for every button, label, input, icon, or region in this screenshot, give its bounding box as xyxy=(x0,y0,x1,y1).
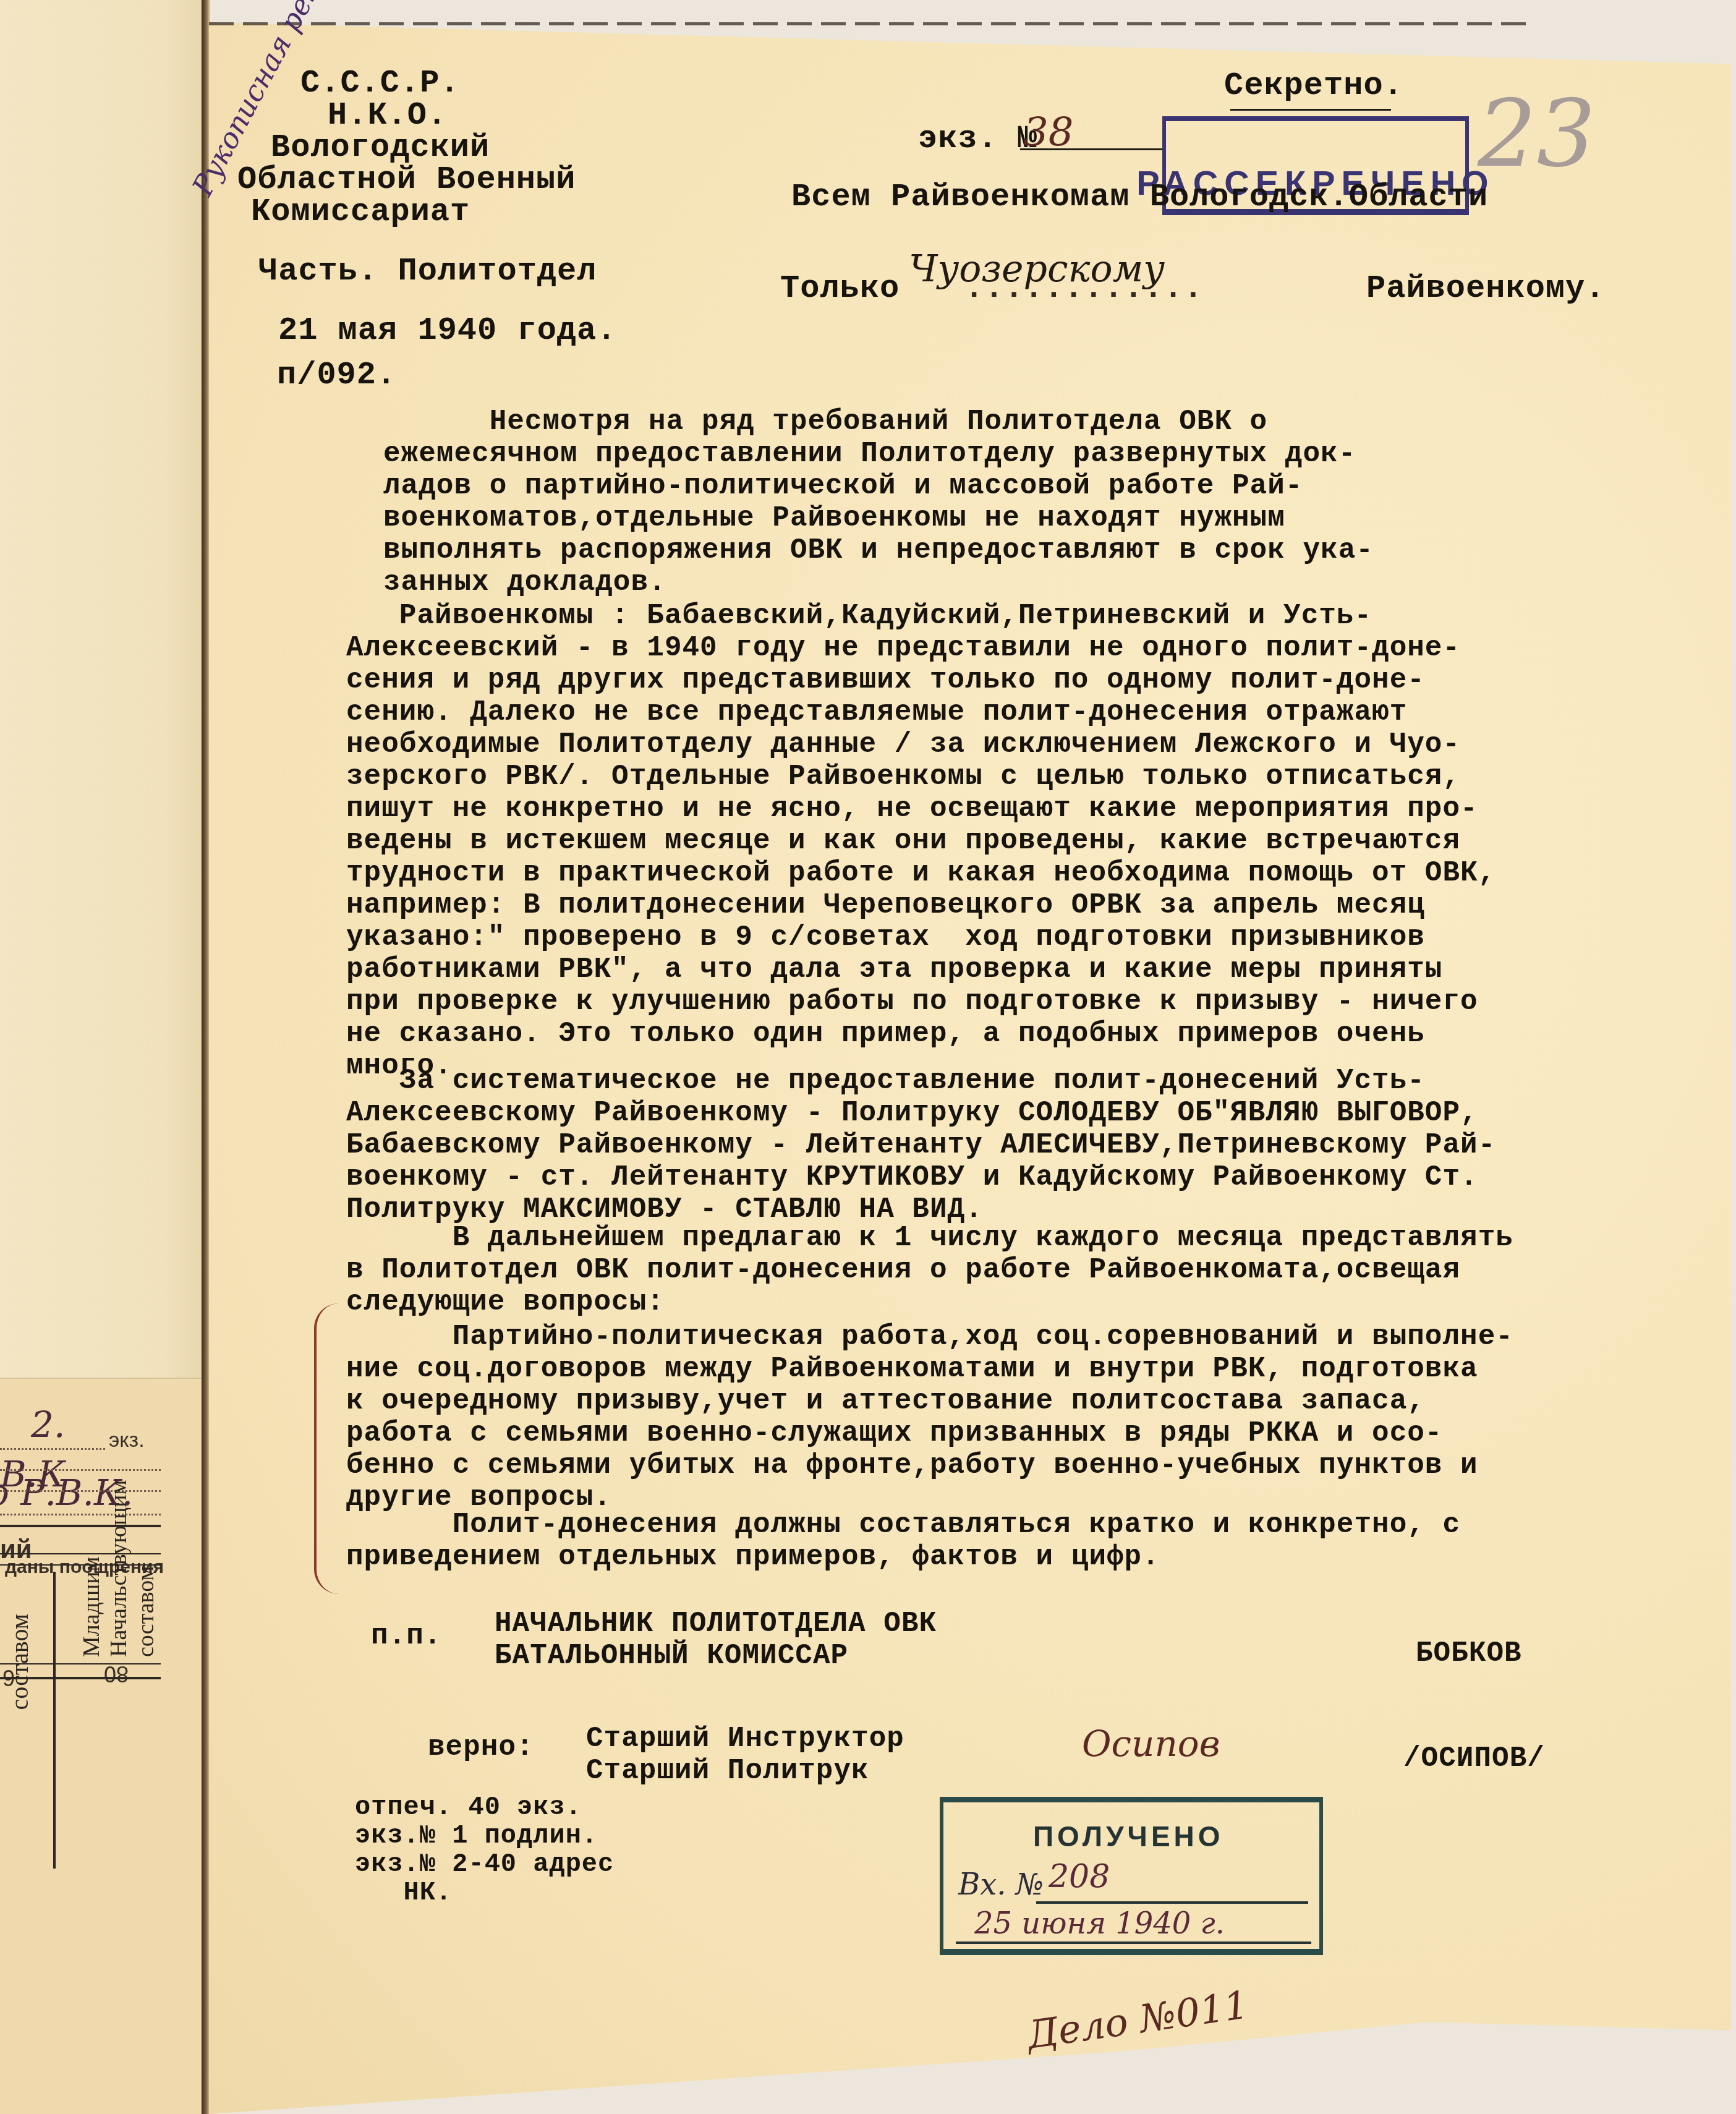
department: Часть. Политотдел xyxy=(258,255,597,288)
incoming-label: Вх. № xyxy=(958,1867,1044,1902)
form-rule xyxy=(0,1663,161,1664)
stamp-line xyxy=(956,1941,1311,1944)
verifier-signature: Осипов xyxy=(1082,1723,1220,1765)
form-rule xyxy=(0,1553,161,1554)
dotted-line xyxy=(0,1514,161,1515)
paragraph-1: Несмотря на ряд требований Политотдела О… xyxy=(383,406,1374,599)
copy-number-underline xyxy=(1020,148,1162,150)
header-country: С.С.С.Р. xyxy=(300,67,460,100)
copy-label: экз. № xyxy=(918,122,1037,156)
distribution-list: отпеч. 40 экз. экз.№ 1 подлин. экз.№ 2-4… xyxy=(355,1793,614,1907)
form-rule xyxy=(0,1677,161,1679)
binding-spine xyxy=(202,0,210,2114)
dotted-line xyxy=(0,1448,105,1450)
addressee-all: Всем Райвоенкомам Вологодск.Области xyxy=(791,181,1488,214)
addressee-only-suffix: Райвоенкому. xyxy=(1366,272,1605,305)
form-column-divider xyxy=(53,1572,56,1869)
column-label: составом xyxy=(6,1614,33,1710)
chief-name: БОБКОВ xyxy=(1416,1637,1522,1669)
classification-underline xyxy=(1230,109,1391,111)
dotted-leader: ............ xyxy=(964,272,1203,305)
dotted-line xyxy=(0,1469,161,1471)
document-date: 21 мая 1940 года. xyxy=(278,314,617,347)
paragraph-2: Райвоенкомы : Бабаевский,Кадуйский,Петри… xyxy=(346,600,1496,1082)
verified-label: верно: xyxy=(428,1731,534,1763)
incoming-number: 208 xyxy=(1049,1858,1110,1895)
page-number: 23 xyxy=(1478,80,1596,188)
paragraph-5: Партийно-политическая работа,ход соц.сор… xyxy=(346,1321,1513,1514)
paragraph-3: За систематическое не предоставление пол… xyxy=(346,1065,1496,1225)
chief-title: НАЧАЛЬНИК ПОЛИТОТДЕЛА ОВК БАТАЛЬОННЫЙ КО… xyxy=(495,1608,937,1672)
classification-label: Секретно. xyxy=(1224,69,1403,103)
received-stamp-title: ПОЛУЧЕНО xyxy=(1033,1820,1224,1853)
form-rule xyxy=(0,1525,161,1527)
verifier-title: Старший Инструктор Старший Политрук xyxy=(586,1723,904,1787)
column-number: 80 xyxy=(104,1661,129,1687)
paragraph-4: В дальнейшем предлагаю к 1 числу каждого… xyxy=(346,1222,1513,1318)
header-ministry: Н.К.О. xyxy=(328,99,447,132)
page-edge xyxy=(209,22,1526,25)
paragraph-6: Полит-донесения должны составляться крат… xyxy=(346,1509,1460,1573)
copies-label: экз. xyxy=(109,1428,145,1452)
header-commissariat: Комиссариат xyxy=(251,195,470,229)
verifier-name: /ОСИПОВ/ xyxy=(1403,1742,1545,1775)
column-label: Младшим Начальствующим составом xyxy=(78,1564,146,1657)
addressee-only-prefix: Только xyxy=(780,272,900,305)
received-date: 25 июня 1940 г. xyxy=(974,1906,1225,1941)
handwritten-copies: 2. xyxy=(31,1404,65,1446)
margin-bracket xyxy=(314,1303,354,1594)
dotted-line xyxy=(0,1490,161,1492)
pp-label: п.п. xyxy=(371,1620,441,1652)
received-stamp: ПОЛУЧЕНО Вх. № 208 25 июня 1940 г. xyxy=(940,1797,1323,1955)
reference-number: п/092. xyxy=(277,359,396,392)
header-region: Вологодский xyxy=(271,131,490,164)
stamp-line xyxy=(1036,1901,1308,1904)
background-form: 2. экз. В.К о Р.В.К. ий даны поощрения с… xyxy=(0,1378,216,2114)
header-organization: Областной Военный xyxy=(237,163,576,197)
